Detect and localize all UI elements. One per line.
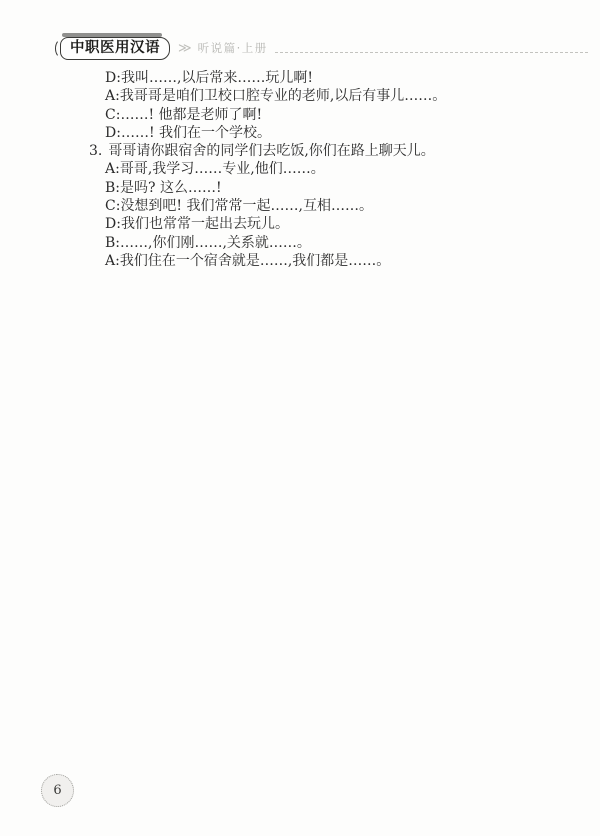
dialogue-text: 哥哥,我学习……专业,他们……。 [120,161,325,177]
speaker-label: A: [105,88,120,104]
item-number: 3. [89,143,102,159]
dialogue-text: 我叫……,以后常来……玩儿啊! [121,70,313,86]
dialogue-line: C:……! 他都是老师了啊! [0,106,600,124]
page-header: 中职医用汉语 ≫ 听说篇·上册 [60,36,590,60]
speaker-label: B: [105,235,120,251]
dialogue-line: B:是吗? 这么……! [0,179,600,197]
header-dashed-rule [275,52,588,53]
dialogue-line: A:我们住在一个宿舍就是……,我们都是……。 [0,252,600,270]
speaker-label: C: [105,107,120,123]
speaker-label: D: [105,70,121,86]
series-title: 中职医用汉语 [70,40,160,56]
dialogue-line: B:……,你们刚……,关系就……。 [0,234,600,252]
dialogue-text: 我们也常常一起出去玩儿。 [121,216,289,232]
exercise-item-heading: 3.哥哥请你跟宿舍的同学们去吃饭,你们在路上聊天儿。 [0,142,600,160]
dialogue-text: ……,你们刚……,关系就……。 [120,235,311,251]
dialogue-text: ……! 我们在一个学校。 [121,125,271,141]
speaker-label: A: [105,253,120,269]
speaker-label: B: [105,180,120,196]
dialogue-line: A:我哥哥是咱们卫校口腔专业的老师,以后有事儿……。 [0,87,600,105]
textbook-page: 中职医用汉语 ≫ 听说篇·上册 D:我叫……,以后常来……玩儿啊! A:我哥哥是… [0,0,600,836]
page-number-badge: 6 [41,774,74,807]
double-chevron-icon: ≫ [178,41,192,56]
speaker-label: D: [105,216,121,232]
page-number: 6 [53,783,61,798]
dialogue-text: 我们住在一个宿舍就是……,我们都是……。 [120,253,390,269]
speaker-label: A: [105,161,120,177]
speaker-label: D: [105,125,121,141]
dialogue-text: 我哥哥是咱们卫校口腔专业的老师,以后有事儿……。 [120,88,446,104]
dialogue-text: 是吗? 这么……! [120,180,222,196]
dialogue-line: A:哥哥,我学习……专业,他们……。 [0,160,600,178]
dialogue-text: 没想到吧! 我们常常一起……,互相……。 [120,198,373,214]
dialogue-line: D:……! 我们在一个学校。 [0,124,600,142]
dialogue-line: C:没想到吧! 我们常常一起……,互相……。 [0,197,600,215]
speaker-label: C: [105,198,120,214]
dialogue-line: D:我们也常常一起出去玩儿。 [0,215,600,233]
dialogue-text: ……! 他都是老师了啊! [120,107,262,123]
series-title-badge: 中职医用汉语 [60,37,170,60]
dialogue-line: D:我叫……,以后常来……玩儿啊! [0,69,600,87]
item-text: 哥哥请你跟宿舍的同学们去吃饭,你们在路上聊天儿。 [108,143,434,159]
lesson-content: D:我叫……,以后常来……玩儿啊! A:我哥哥是咱们卫校口腔专业的老师,以后有事… [0,69,600,270]
volume-subtitle: 听说篇·上册 [198,40,268,56]
